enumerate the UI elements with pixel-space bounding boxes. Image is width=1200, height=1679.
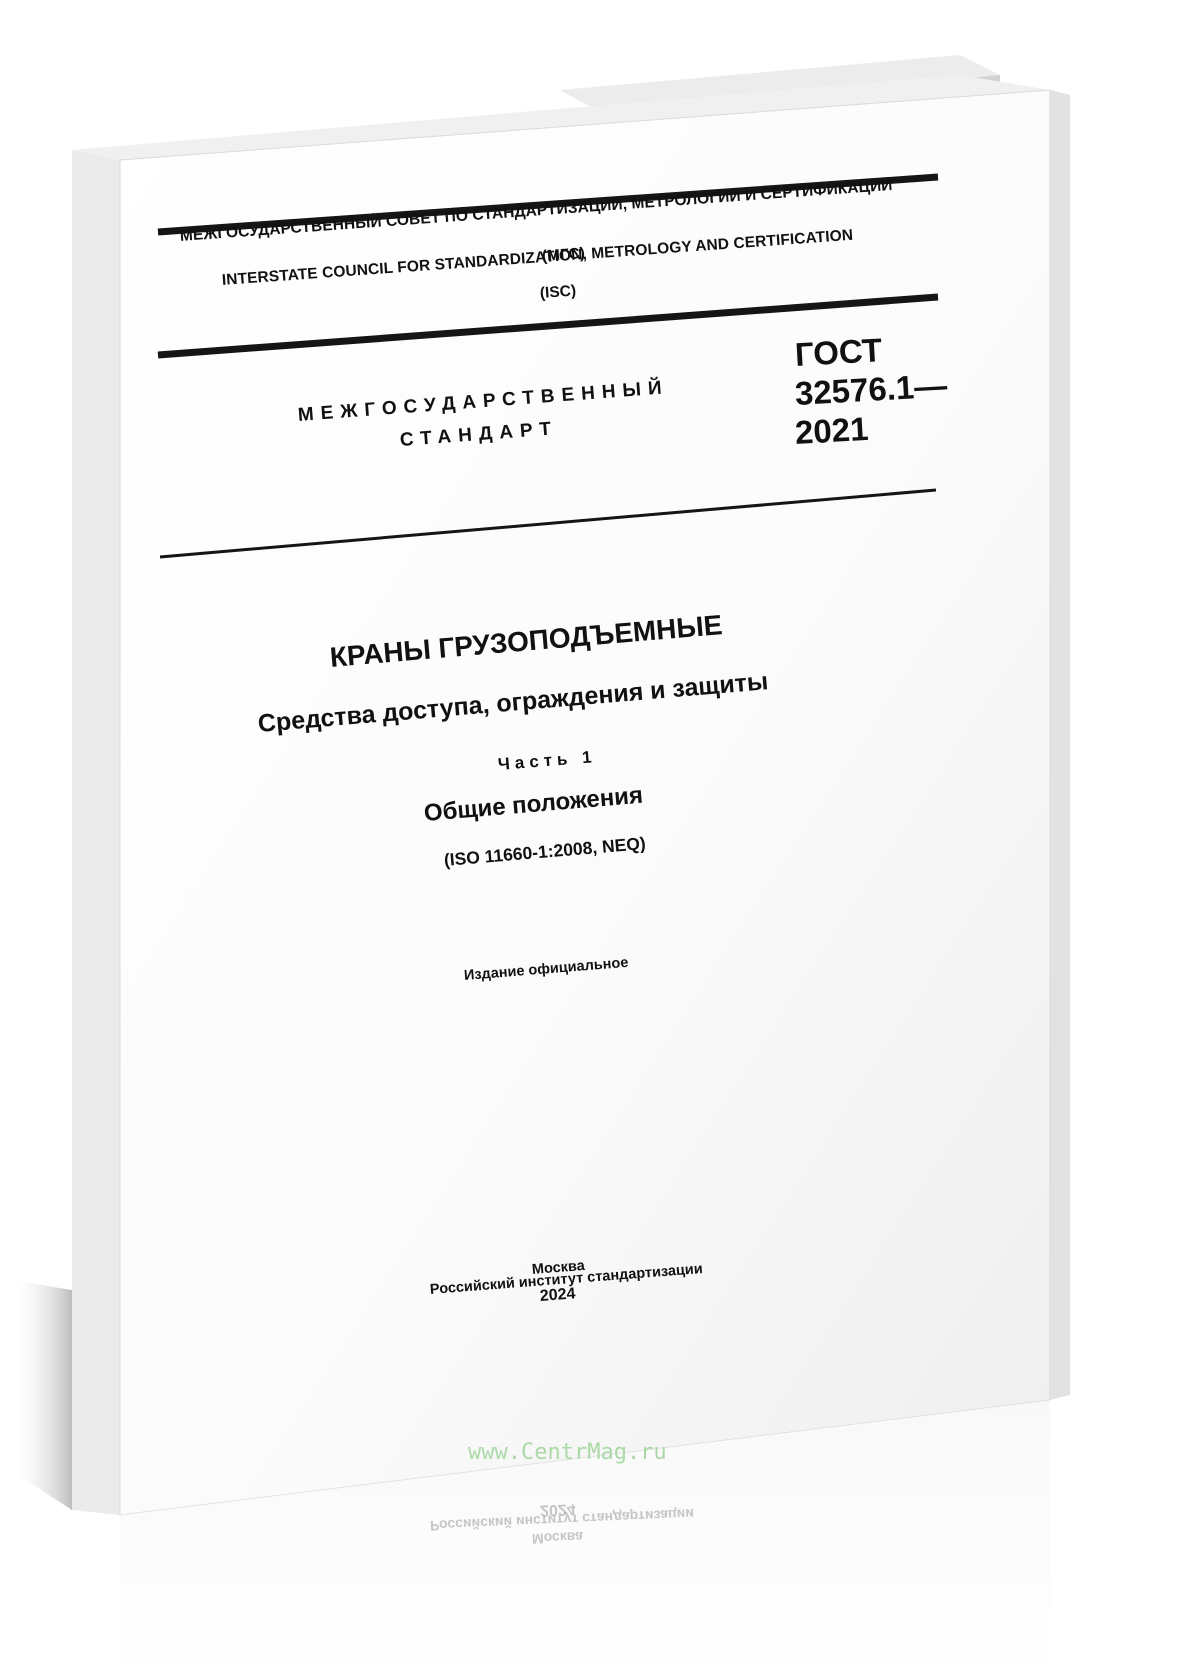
- book-mockup: [0, 0, 1200, 1679]
- front-cover: [120, 90, 1050, 1515]
- book-spine: [72, 150, 120, 1515]
- drop-shadow: [10, 1280, 72, 1510]
- book-right-edge: [1050, 90, 1070, 1400]
- product-photo: МЕЖГОСУДАРСТВЕННЫЙ СОВЕТ ПО СТАНДАРТИЗАЦ…: [0, 0, 1200, 1679]
